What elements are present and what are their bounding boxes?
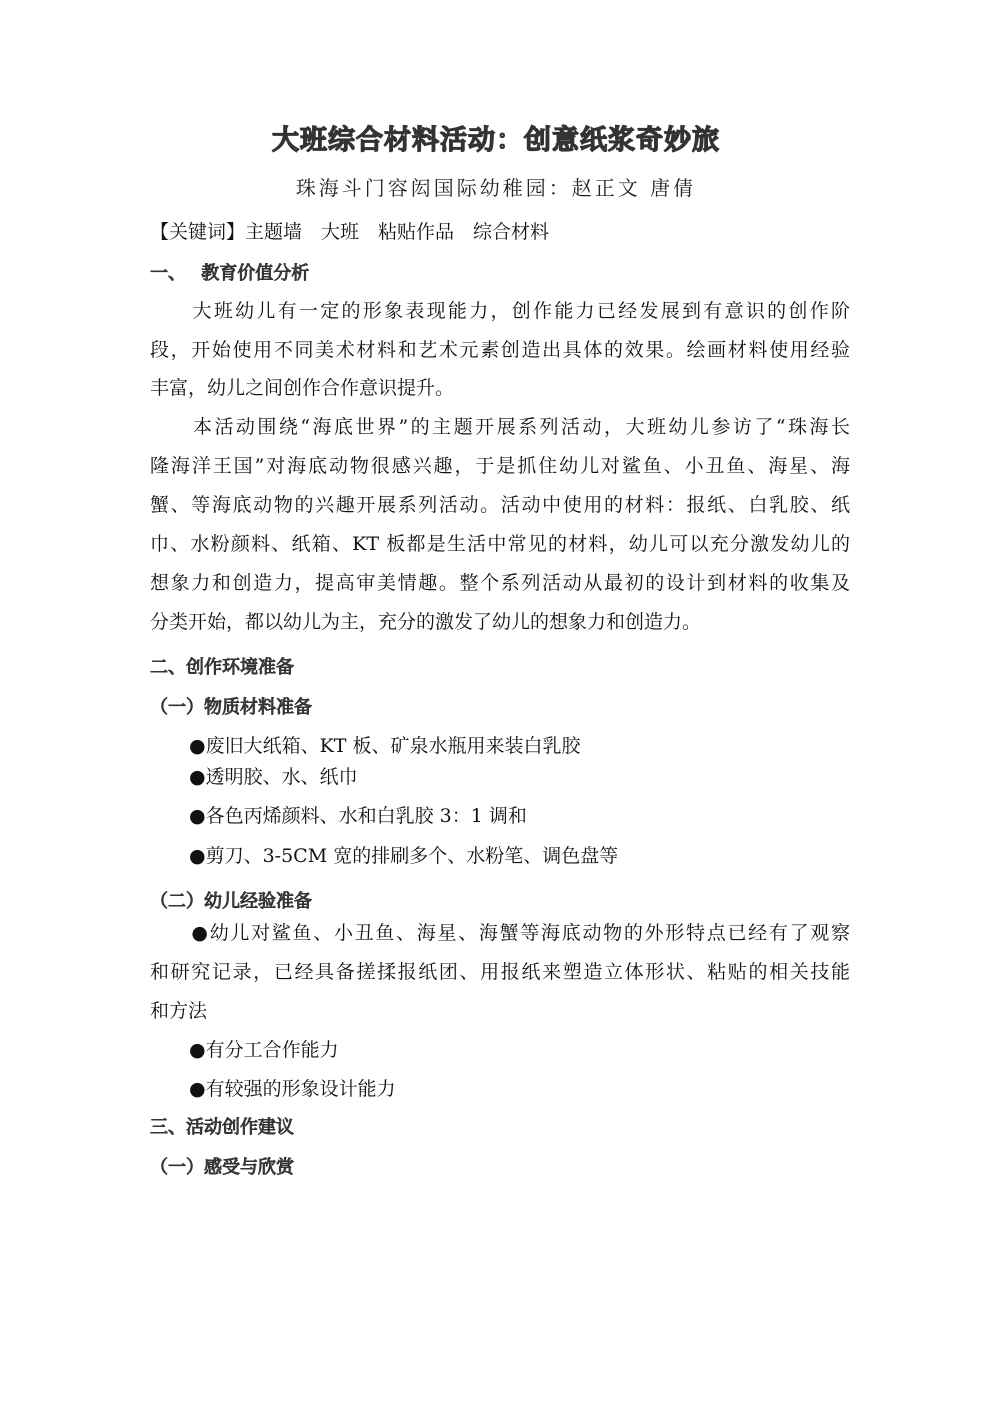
document-author: 珠海斗门容闳国际幼稚园：赵正文 唐倩 <box>0 172 992 201</box>
section-3-sub-1-heading: （一）感受与欣赏 <box>150 1153 850 1179</box>
section-2-sub-2-heading: （二）幼儿经验准备 <box>150 887 850 913</box>
paragraph-line: 大班幼儿有一定的形象表现能力，创作能力已经发展到有意识的创作阶 <box>150 296 850 323</box>
paragraph-line: 隆海洋王国”对海底动物很感兴趣，于是抓住幼儿对鲨鱼、小丑鱼、海星、海 <box>150 451 850 478</box>
section-2-sub-1-heading: （一）物质材料准备 <box>150 693 850 719</box>
paragraph-line: 和方法 <box>150 996 850 1023</box>
bullet-item: ●各色丙烯颜料、水和白乳胶 3：1 调和 <box>189 801 889 828</box>
section-3-heading: 三、活动创作建议 <box>150 1113 850 1139</box>
paragraph-line: 本活动围绕“海底世界”的主题开展系列活动，大班幼儿参访了“珠海长 <box>150 412 850 439</box>
section-2-heading: 二、创作环境准备 <box>150 653 850 679</box>
paragraph-line: ●幼儿对鲨鱼、小丑鱼、海星、海蟹等海底动物的外形特点已经有了观察 <box>150 918 850 945</box>
paragraph-line: 丰富，幼儿之间创作合作意识提升。 <box>150 373 850 400</box>
document-title: 大班综合材料活动：创意纸浆奇妙旅 <box>0 118 992 157</box>
bullet-item: ●有较强的形象设计能力 <box>189 1074 889 1101</box>
document-page: 大班综合材料活动：创意纸浆奇妙旅 珠海斗门容闳国际幼稚园：赵正文 唐倩 【关键词… <box>0 0 992 1403</box>
paragraph-line: 巾、水粉颜料、纸箱、KT 板都是生活中常见的材料，幼儿可以充分激发幼儿的 <box>150 529 850 556</box>
paragraph-line: 分类开始，都以幼儿为主，充分的激发了幼儿的想象力和创造力。 <box>150 607 850 634</box>
keywords-line: 【关键词】主题墙 大班 粘贴作品 综合材料 <box>150 217 850 244</box>
bullet-item: ●剪刀、3-5CM 宽的排刷多个、水粉笔、调色盘等 <box>189 841 889 868</box>
bullet-item: ●废旧大纸箱、KT 板、矿泉水瓶用来装白乳胶 <box>189 731 889 758</box>
keywords-value: 主题墙 大班 粘贴作品 综合材料 <box>245 221 549 243</box>
bullet-item: ●有分工合作能力 <box>189 1035 889 1062</box>
paragraph-line: 和研究记录，已经具备搓揉报纸团、用报纸来塑造立体形状、粘贴的相关技能 <box>150 957 850 984</box>
paragraph-line: 蟹、等海底动物的兴趣开展系列活动。活动中使用的材料：报纸、白乳胶、纸 <box>150 490 850 517</box>
section-1-heading: 一、 教育价值分析 <box>150 259 850 285</box>
bullet-item: ●透明胶、水、纸巾 <box>189 762 889 789</box>
keywords-label: 【关键词】 <box>150 221 245 243</box>
paragraph-line: 想象力和创造力，提高审美情趣。整个系列活动从最初的设计到材料的收集及 <box>150 568 850 595</box>
paragraph-line: 段，开始使用不同美术材料和艺术元素创造出具体的效果。绘画材料使用经验 <box>150 335 850 362</box>
